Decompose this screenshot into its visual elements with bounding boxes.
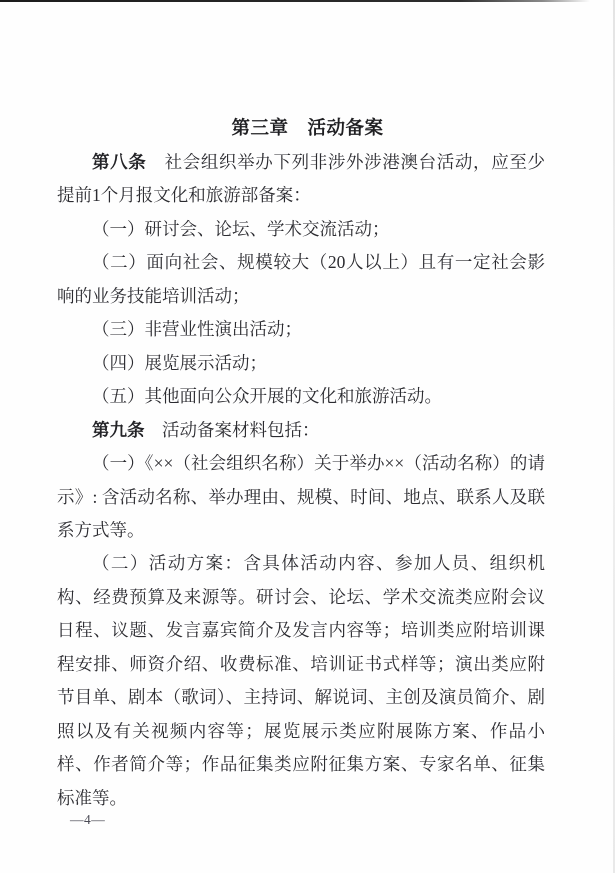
paragraph-text: （四）展览展示活动； bbox=[92, 353, 267, 373]
paragraph-article-8: 第八条 社会组织举办下列非涉外涉港澳台活动，应至少提前1个月报文化和旅游部备案： bbox=[57, 146, 545, 213]
paragraph-text: （二）活动方案：含具体活动内容、参加人员、组织机构、经费预算及来源等。研讨会、论… bbox=[57, 553, 545, 807]
article-8-number: 第八条 bbox=[92, 152, 146, 172]
document-page: 第三章 活动备案 第八条 社会组织举办下列非涉外涉港澳台活动，应至少提前1个月报… bbox=[0, 0, 615, 873]
page-number: —4— bbox=[70, 811, 105, 828]
paragraph-text: （一）研讨会、论坛、学术交流活动； bbox=[92, 219, 390, 239]
paragraph-text: （二）面向社会、规模较大（20人以上）且有一定社会影响的业务技能培训活动； bbox=[57, 252, 545, 305]
paragraph-text: （五）其他面向公众开展的文化和旅游活动。 bbox=[92, 386, 442, 406]
document-body: 第八条 社会组织举办下列非涉外涉港澳台活动，应至少提前1个月报文化和旅游部备案：… bbox=[0, 143, 615, 815]
paragraph-text: （一）《××（社会组织名称）关于举办××（活动名称）的请示》: 含活动名称、举办… bbox=[57, 453, 545, 540]
scan-edge-top-artifact bbox=[0, 0, 590, 2]
paragraph-item-1: （一）研讨会、论坛、学术交流活动； bbox=[57, 213, 545, 246]
paragraph-article-9: 第九条 活动备案材料包括： bbox=[57, 414, 545, 447]
paragraph-item-5: （五）其他面向公众开展的文化和旅游活动。 bbox=[57, 380, 545, 413]
article-9-number: 第九条 bbox=[92, 420, 145, 440]
chapter-title: 第三章 活动备案 bbox=[0, 0, 615, 143]
paragraph-item-3: （三）非营业性演出活动； bbox=[57, 313, 545, 346]
paragraph-text: （三）非营业性演出活动； bbox=[92, 319, 302, 339]
paragraph-article-9-item-2: （二）活动方案：含具体活动内容、参加人员、组织机构、经费预算及来源等。研讨会、论… bbox=[57, 547, 545, 815]
paragraph-article-9-item-1: （一）《××（社会组织名称）关于举办××（活动名称）的请示》: 含活动名称、举办… bbox=[57, 447, 545, 547]
paragraph-text: 活动备案材料包括： bbox=[145, 420, 320, 440]
paragraph-item-4: （四）展览展示活动； bbox=[57, 347, 545, 380]
paragraph-item-2: （二）面向社会、规模较大（20人以上）且有一定社会影响的业务技能培训活动； bbox=[57, 246, 545, 313]
